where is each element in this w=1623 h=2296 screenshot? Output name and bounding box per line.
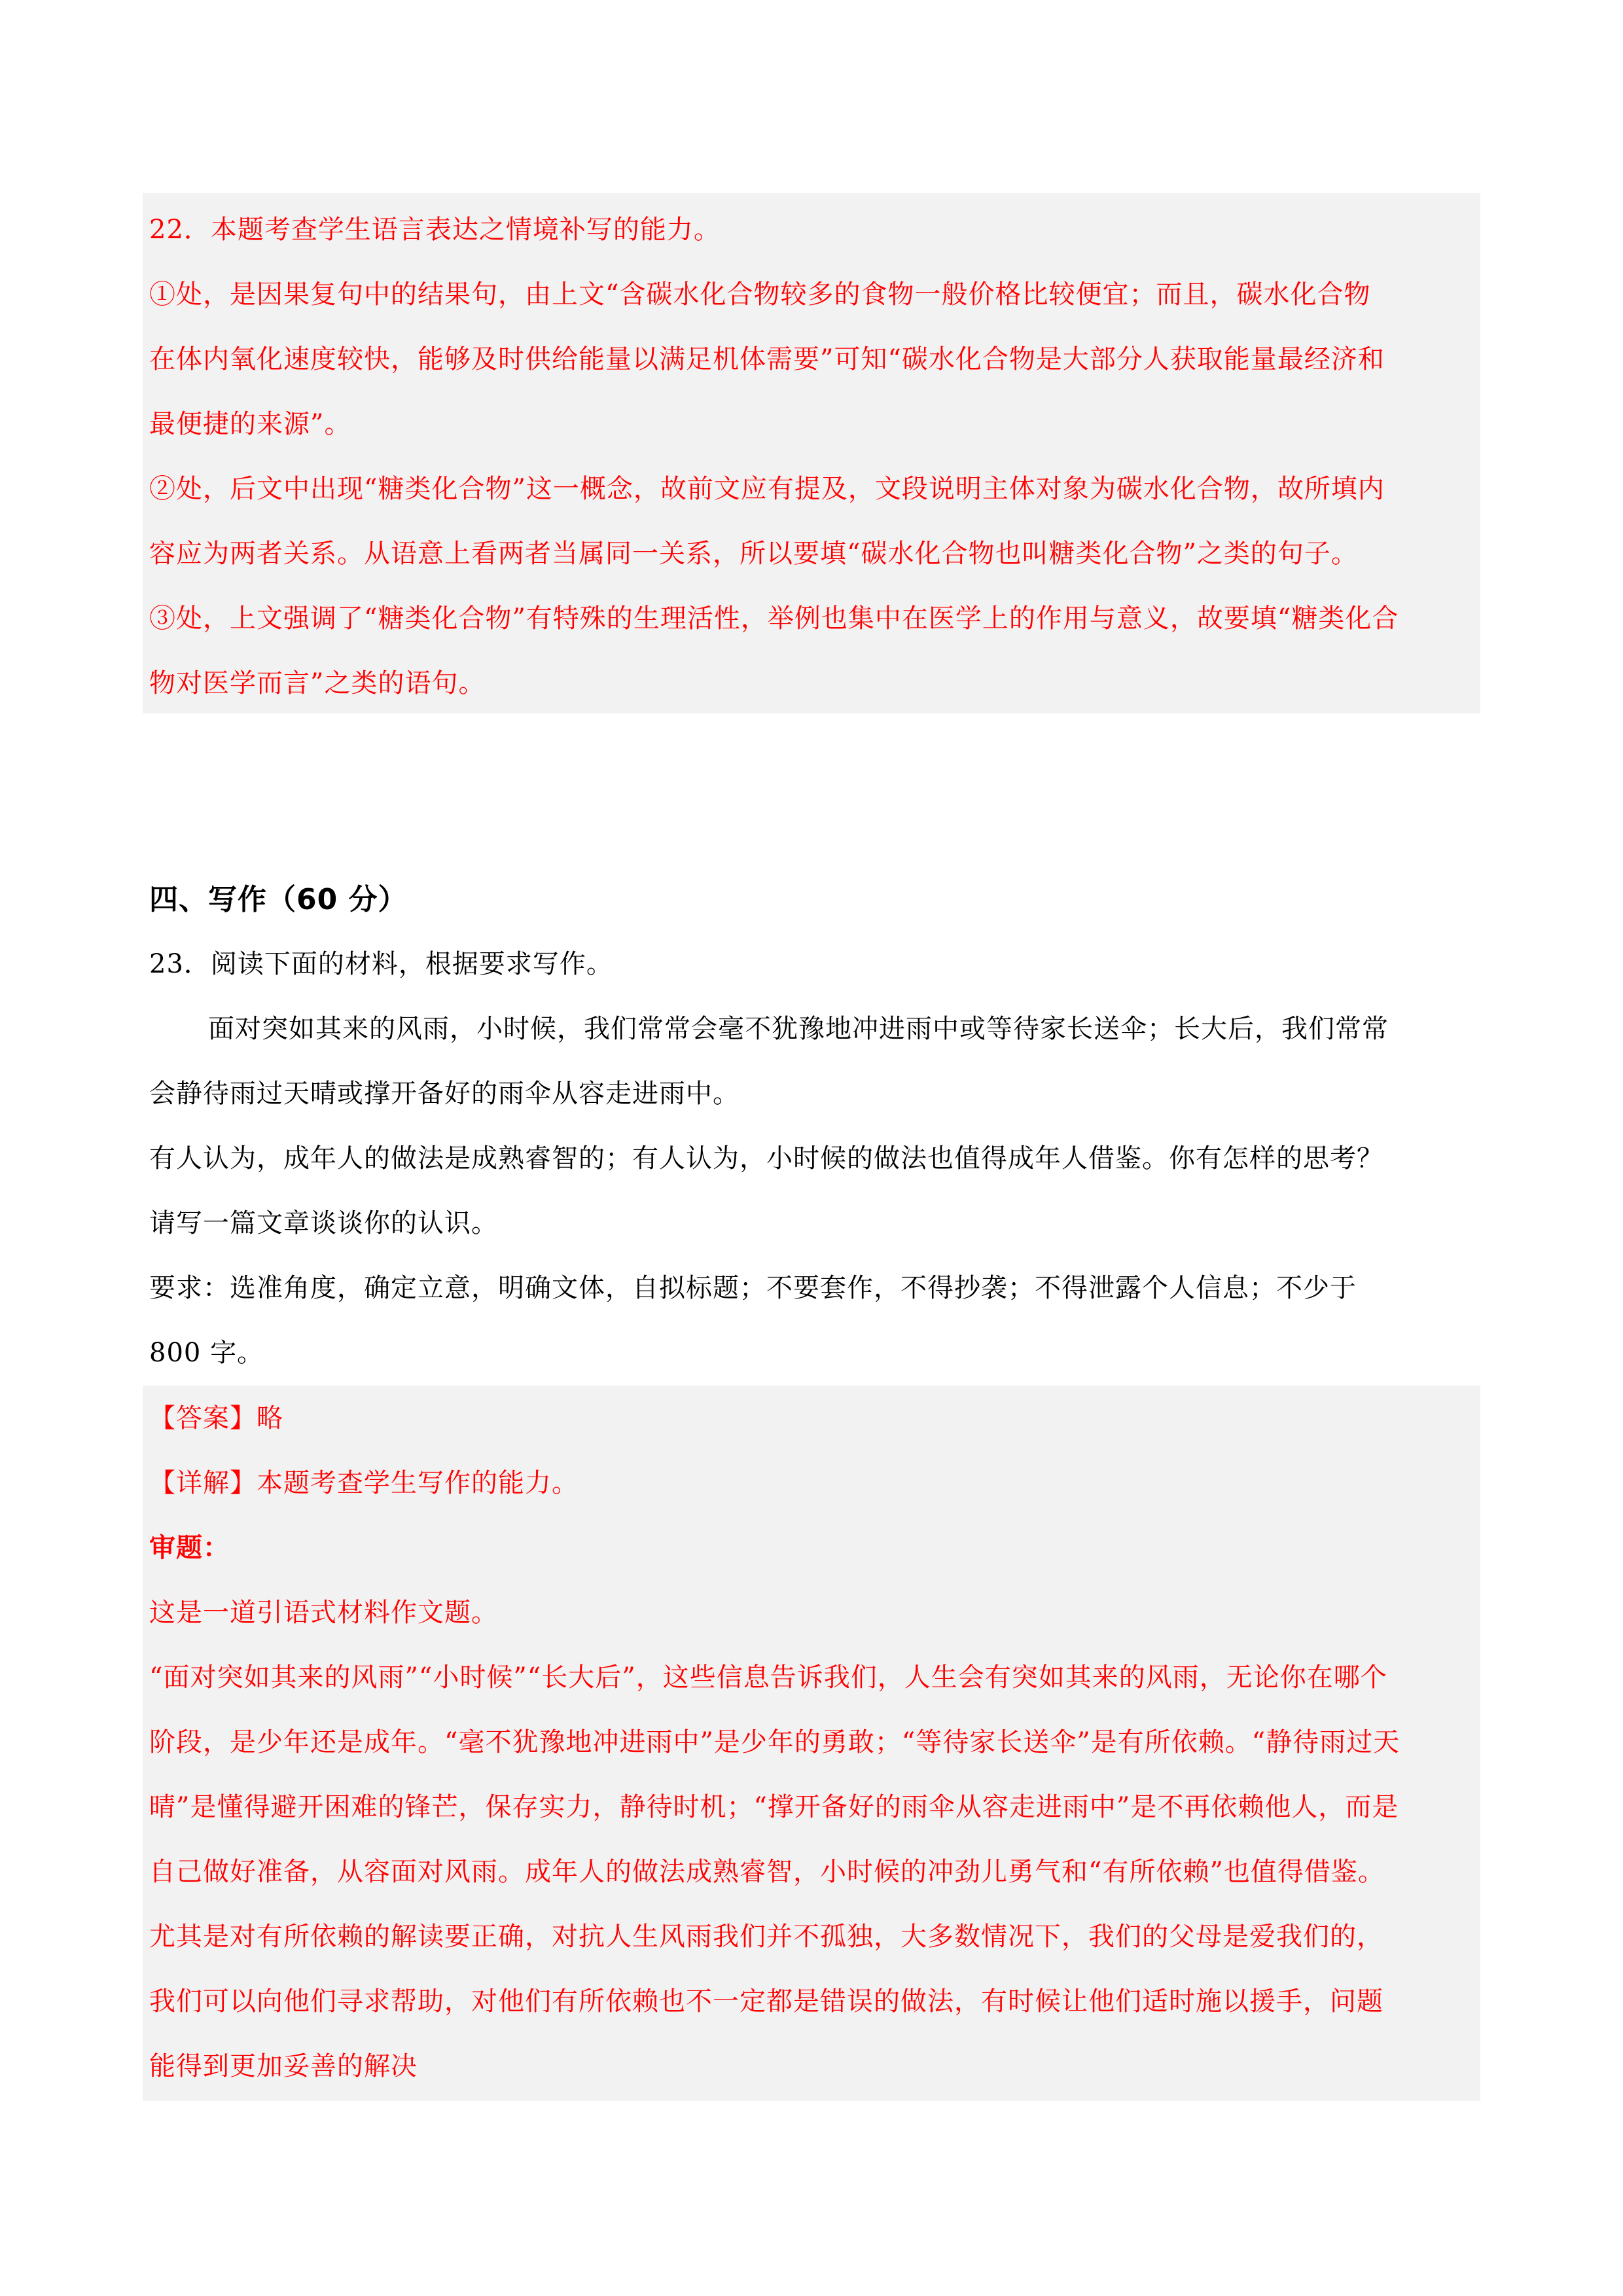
answer-23-line-7: 我们可以向他们寻求帮助，对他们有所依赖也不一定都是错误的做法，有时候让他们适时施… (149, 1985, 1383, 2018)
answer-23-line-8: 能得到更加妥善的解决 (149, 2050, 418, 2083)
section-heading: 四、写作（60 分） (149, 884, 408, 916)
answer-23-line-1: 这是一道引语式材料作文题。 (149, 1596, 498, 1629)
answer-22-line-1: 22．本题考查学生语言表达之情境补写的能力。 (149, 213, 721, 246)
answer-23-line-4: 晴”是懂得避开困难的锋芒，保存实力，静待时机；“撑开备好的雨伞从容走进雨中”是不… (149, 1791, 1399, 1823)
answer-block-22 (143, 193, 1480, 713)
answer-23-line-2: “面对突如其来的风雨”“小时候”“长大后”，这些信息告诉我们，人生会有突如其来的… (149, 1661, 1387, 1694)
requirements-line-1: 要求：选准角度，确定立意，明确文体，自拟标题；不要套作，不得抄袭；不得泄露个人信… (149, 1272, 1357, 1304)
answer-23-line-6: 尤其是对有所依赖的解读要正确，对抗人生风雨我们并不孤独，大多数情况下，我们的父母… (149, 1920, 1383, 1953)
prompt-line-2: 请写一篇文章谈谈你的认识。 (149, 1207, 498, 1240)
requirements-line-2: 800 字。 (149, 1336, 264, 1369)
review-label: 审题： (149, 1532, 230, 1564)
material-line-1: 面对突如其来的风雨，小时候，我们常常会毫不犹豫地冲进雨中或等待家长送伞；长大后，… (208, 1013, 1389, 1045)
answer-22-line-3: 在体内氧化速度较快，能够及时供给能量以满足机体需要”可知“碳水化合物是大部分人获… (149, 343, 1385, 376)
answer-22-line-8: 物对医学而言”之类的语句。 (149, 667, 485, 700)
answer-22-line-5: ②处，后文中出现“糖类化合物”这一概念，故前文应有提及，文段说明主体对象为碳水化… (149, 473, 1385, 505)
answer-22-line-6: 容应为两者关系。从语意上看两者当属同一关系，所以要填“碳水化合物也叫糖类化合物”… (149, 537, 1358, 570)
prompt-line-1: 有人认为，成年人的做法是成熟睿智的；有人认为，小时候的做法也值得成年人借鉴。你有… (149, 1142, 1383, 1175)
answer-23-line-3: 阶段，是少年还是成年。“毫不犹豫地冲进雨中”是少年的勇敢；“等待家长送伞”是有所… (149, 1726, 1400, 1759)
answer-label: 【答案】略 (149, 1402, 283, 1435)
material-line-2: 会静待雨过天晴或撑开备好的雨伞从容走进雨中。 (149, 1077, 740, 1110)
question-23: 23．阅读下面的材料，根据要求写作。 (149, 948, 613, 980)
answer-22-line-4: 最便捷的来源”。 (149, 408, 351, 440)
detail-label: 【详解】本题考查学生写作的能力。 (149, 1467, 579, 1499)
answer-23-line-5: 自己做好准备，从容面对风雨。成年人的做法成熟睿智，小时候的冲劲儿勇气和“有所依赖… (149, 1856, 1385, 1888)
answer-22-line-7: ③处，上文强调了“糖类化合物”有特殊的生理活性，举例也集中在医学上的作用与意义，… (149, 602, 1399, 635)
answer-22-line-2: ①处，是因果复句中的结果句，由上文“含碳水化合物较多的食物一般价格比较便宜；而且… (149, 278, 1370, 311)
